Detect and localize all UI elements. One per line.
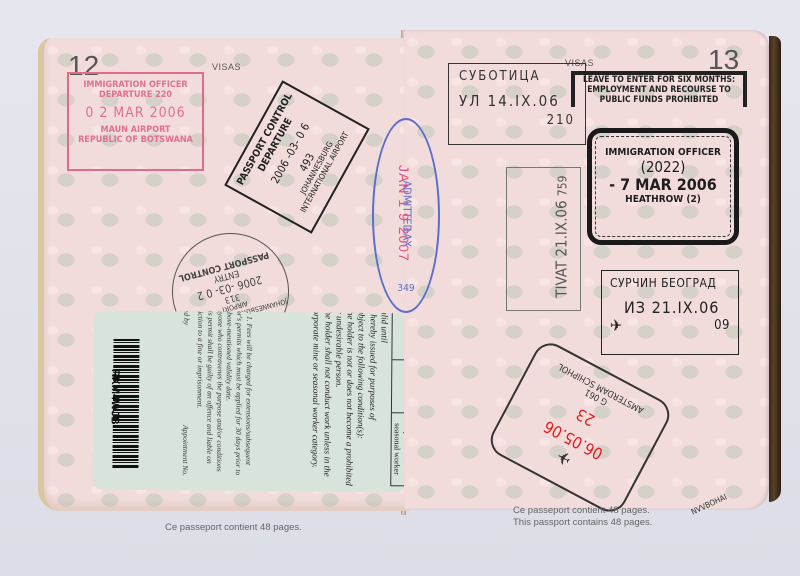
permit-note: 2. Anyone who contravenes the purpose an…: [194, 311, 225, 477]
stamp-date: 21.IX.06: [552, 200, 570, 256]
permit-conditions-head: subject to the following condition(s):: [355, 311, 368, 486]
airplane-icon: ✈: [610, 317, 623, 335]
stamp-tivat: TIVAT 21.IX.06 759: [506, 167, 581, 311]
stamp-officer: (2022): [592, 159, 734, 176]
permit-purpose: is hereby issued for purposes of: [366, 311, 379, 486]
stamp-date: - 7 MAR 2006: [592, 176, 734, 194]
stamp-number: 09: [714, 319, 730, 334]
permit-condition: The holder is not or does not become a p…: [332, 311, 356, 486]
stamp-line: REPUBLIC OF BOTSWANA: [69, 135, 202, 145]
stamp-us-date: JAN 1 9 2007: [396, 165, 412, 262]
stamp-line: HEATHROW (2): [592, 194, 734, 206]
stamp-tivat-text: TIVAT 21.IX.06 759: [553, 176, 570, 298]
south-africa-residence-permit: B01415546 S3/BI-1741 DEPARTMENT: HOME AF…: [92, 311, 407, 493]
permit-note: Note: 1. Fees will be charged for extens…: [224, 311, 255, 477]
stamp-line: IMMIGRATION OFFICER: [592, 147, 734, 159]
stamp-belgrade: СУРЧИН БЕОГРАД ИЗ 21.IX.06 ✈ 09: [601, 270, 739, 355]
stamp-uk-leave-to-enter: LEAVE TO ENTER FOR SIX MONTHS: EMPLOYMEN…: [571, 71, 747, 107]
stamp-line: DEPARTURE 220: [69, 90, 202, 100]
barcode-text: RKM4WJB: [109, 369, 121, 425]
stamp-city: СУРЧИН БЕОГРАД: [610, 277, 730, 291]
stamp-number: 759: [555, 176, 569, 197]
stamp-botswana-departure: IMMIGRATION OFFICER DEPARTURE 220 0 2 MA…: [67, 72, 204, 171]
stamp-city: СУБОТИЦА: [459, 70, 575, 85]
stamp-line: MAUN AIRPORT: [69, 125, 202, 135]
stamp-heathrow: IMMIGRATION OFFICER (2022) - 7 MAR 2006 …: [587, 128, 739, 245]
permit-condition: The holder shall not conduct work unless…: [310, 311, 334, 486]
passport-page-edges: [769, 36, 781, 502]
stamp-city: TIVAT: [552, 261, 570, 298]
permit-valid: valid until: [377, 311, 390, 487]
left-page-footer: Ce passeport contient 48 pages.: [165, 522, 302, 533]
stamp-subotica: СУБОТИЦА УЛ 14.IX.06 210: [448, 63, 586, 145]
stamp-line: PUBLIC FUNDS PROHIBITED: [575, 96, 743, 106]
stamp-number: 349: [374, 283, 438, 295]
stamp-date: 0 2 MAR 2006: [69, 105, 202, 121]
permit-appointment: Appointment No.: [181, 425, 191, 476]
stamp-line: IMMIGRATION OFFICER: [69, 80, 202, 90]
right-page-footer-fr: Ce passeport contient 48 pages.: [513, 505, 650, 516]
stamp-date: ИЗ 21.IX.06: [624, 299, 730, 317]
stamp-date: УЛ 14.IX.06: [459, 93, 575, 110]
stamp-number: 210: [459, 114, 575, 129]
right-page-footer-en: This passport contains 48 pages.: [513, 517, 652, 528]
permit-issued-by: Issued by: [182, 311, 192, 325]
left-page-header: VISAS: [212, 62, 241, 72]
